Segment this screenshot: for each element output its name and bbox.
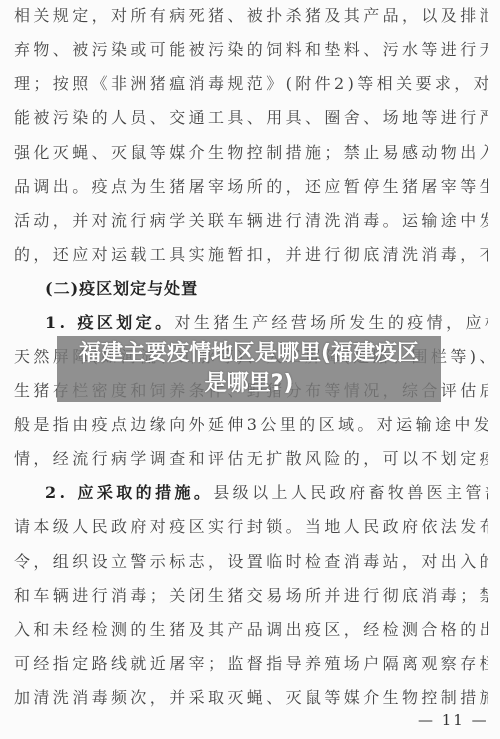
body-line: 般是指由疫点边缘向外延伸3公里的区域。对运输途中发生的疫 [14, 415, 488, 435]
body-line: 情，经流行病学调查和评估无扩散风险的，可以不划定疫区。 [14, 449, 488, 469]
item1-label: 1. 疫区划定。 [45, 313, 174, 332]
overlay-title: 福建主要疫情地区是哪里(福建疫区是哪里?) [74, 339, 424, 399]
body-line: 令，组织设立警示标志，设置临时检查消毒站，对出入的相关人员 [14, 552, 488, 572]
body-line: 强化灭蝇、灭鼠等媒介生物控制措施；禁止易感动物出入和相关产 [14, 143, 488, 163]
body-line: 能被污染的人员、交通工具、用具、圈舍、场地等进行严格消毒，并 [14, 108, 488, 128]
item2-first-line: 2. 应采取的措施。县级以上人民政府畜牧兽医主管部门报 [45, 483, 488, 503]
body-line: 品调出。疫点为生猪屠宰场所的，还应暂停生猪屠宰等生产经营 [14, 177, 488, 197]
body-line: 理；按照《非洲猪瘟消毒规范》(附件2)等相关要求，对被污染或可 [14, 74, 488, 94]
item1-text: 对生猪生产经营场所发生的疫情，应根据当地 [174, 313, 488, 332]
title-overlay-banner: 福建主要疫情地区是哪里(福建疫区是哪里?) [57, 336, 441, 402]
item1-first-line: 1. 疫区划定。对生猪生产经营场所发生的疫情，应根据当地 [45, 313, 488, 333]
body-line: 活动，并对流行病学关联车辆进行清洗消毒。运输途中发现疫情 [14, 211, 488, 231]
body-line: 相关规定，对所有病死猪、被扑杀猪及其产品，以及排泄物、餐厨废 [14, 6, 488, 26]
body-line: 请本级人民政府对疫区实行封锁。当地人民政府依法发布封锁 [14, 517, 488, 537]
body-line: 的，还应对运载工具实施暂扣，并进行彻底清洗消毒，不得劝返。 [14, 245, 488, 265]
item2-text: 县级以上人民政府畜牧兽医主管部门报 [213, 483, 488, 502]
body-line: 和车辆进行消毒；关闭生猪交易场所并进行彻底消毒；禁止生猪调 [14, 586, 488, 606]
page-number: — 11 — [418, 711, 489, 729]
item2-label: 2. 应采取的措施。 [45, 483, 213, 502]
body-line: 弃物、被污染或可能被污染的饲料和垫料、污水等进行无害化处 [14, 40, 488, 60]
body-line: 加清洗消毒频次，并采取灭蝇、灭鼠等媒介生物控制措施。 [14, 688, 488, 708]
body-line: 可经指定路线就近屠宰；监督指导养殖场户隔离观察存栏生猪，增 [14, 654, 488, 674]
body-line: 入和未经检测的生猪及其产品调出疫区，经检测合格的出栏肥猪 [14, 620, 488, 640]
section-heading: (二)疫区划定与处置 [45, 279, 488, 299]
